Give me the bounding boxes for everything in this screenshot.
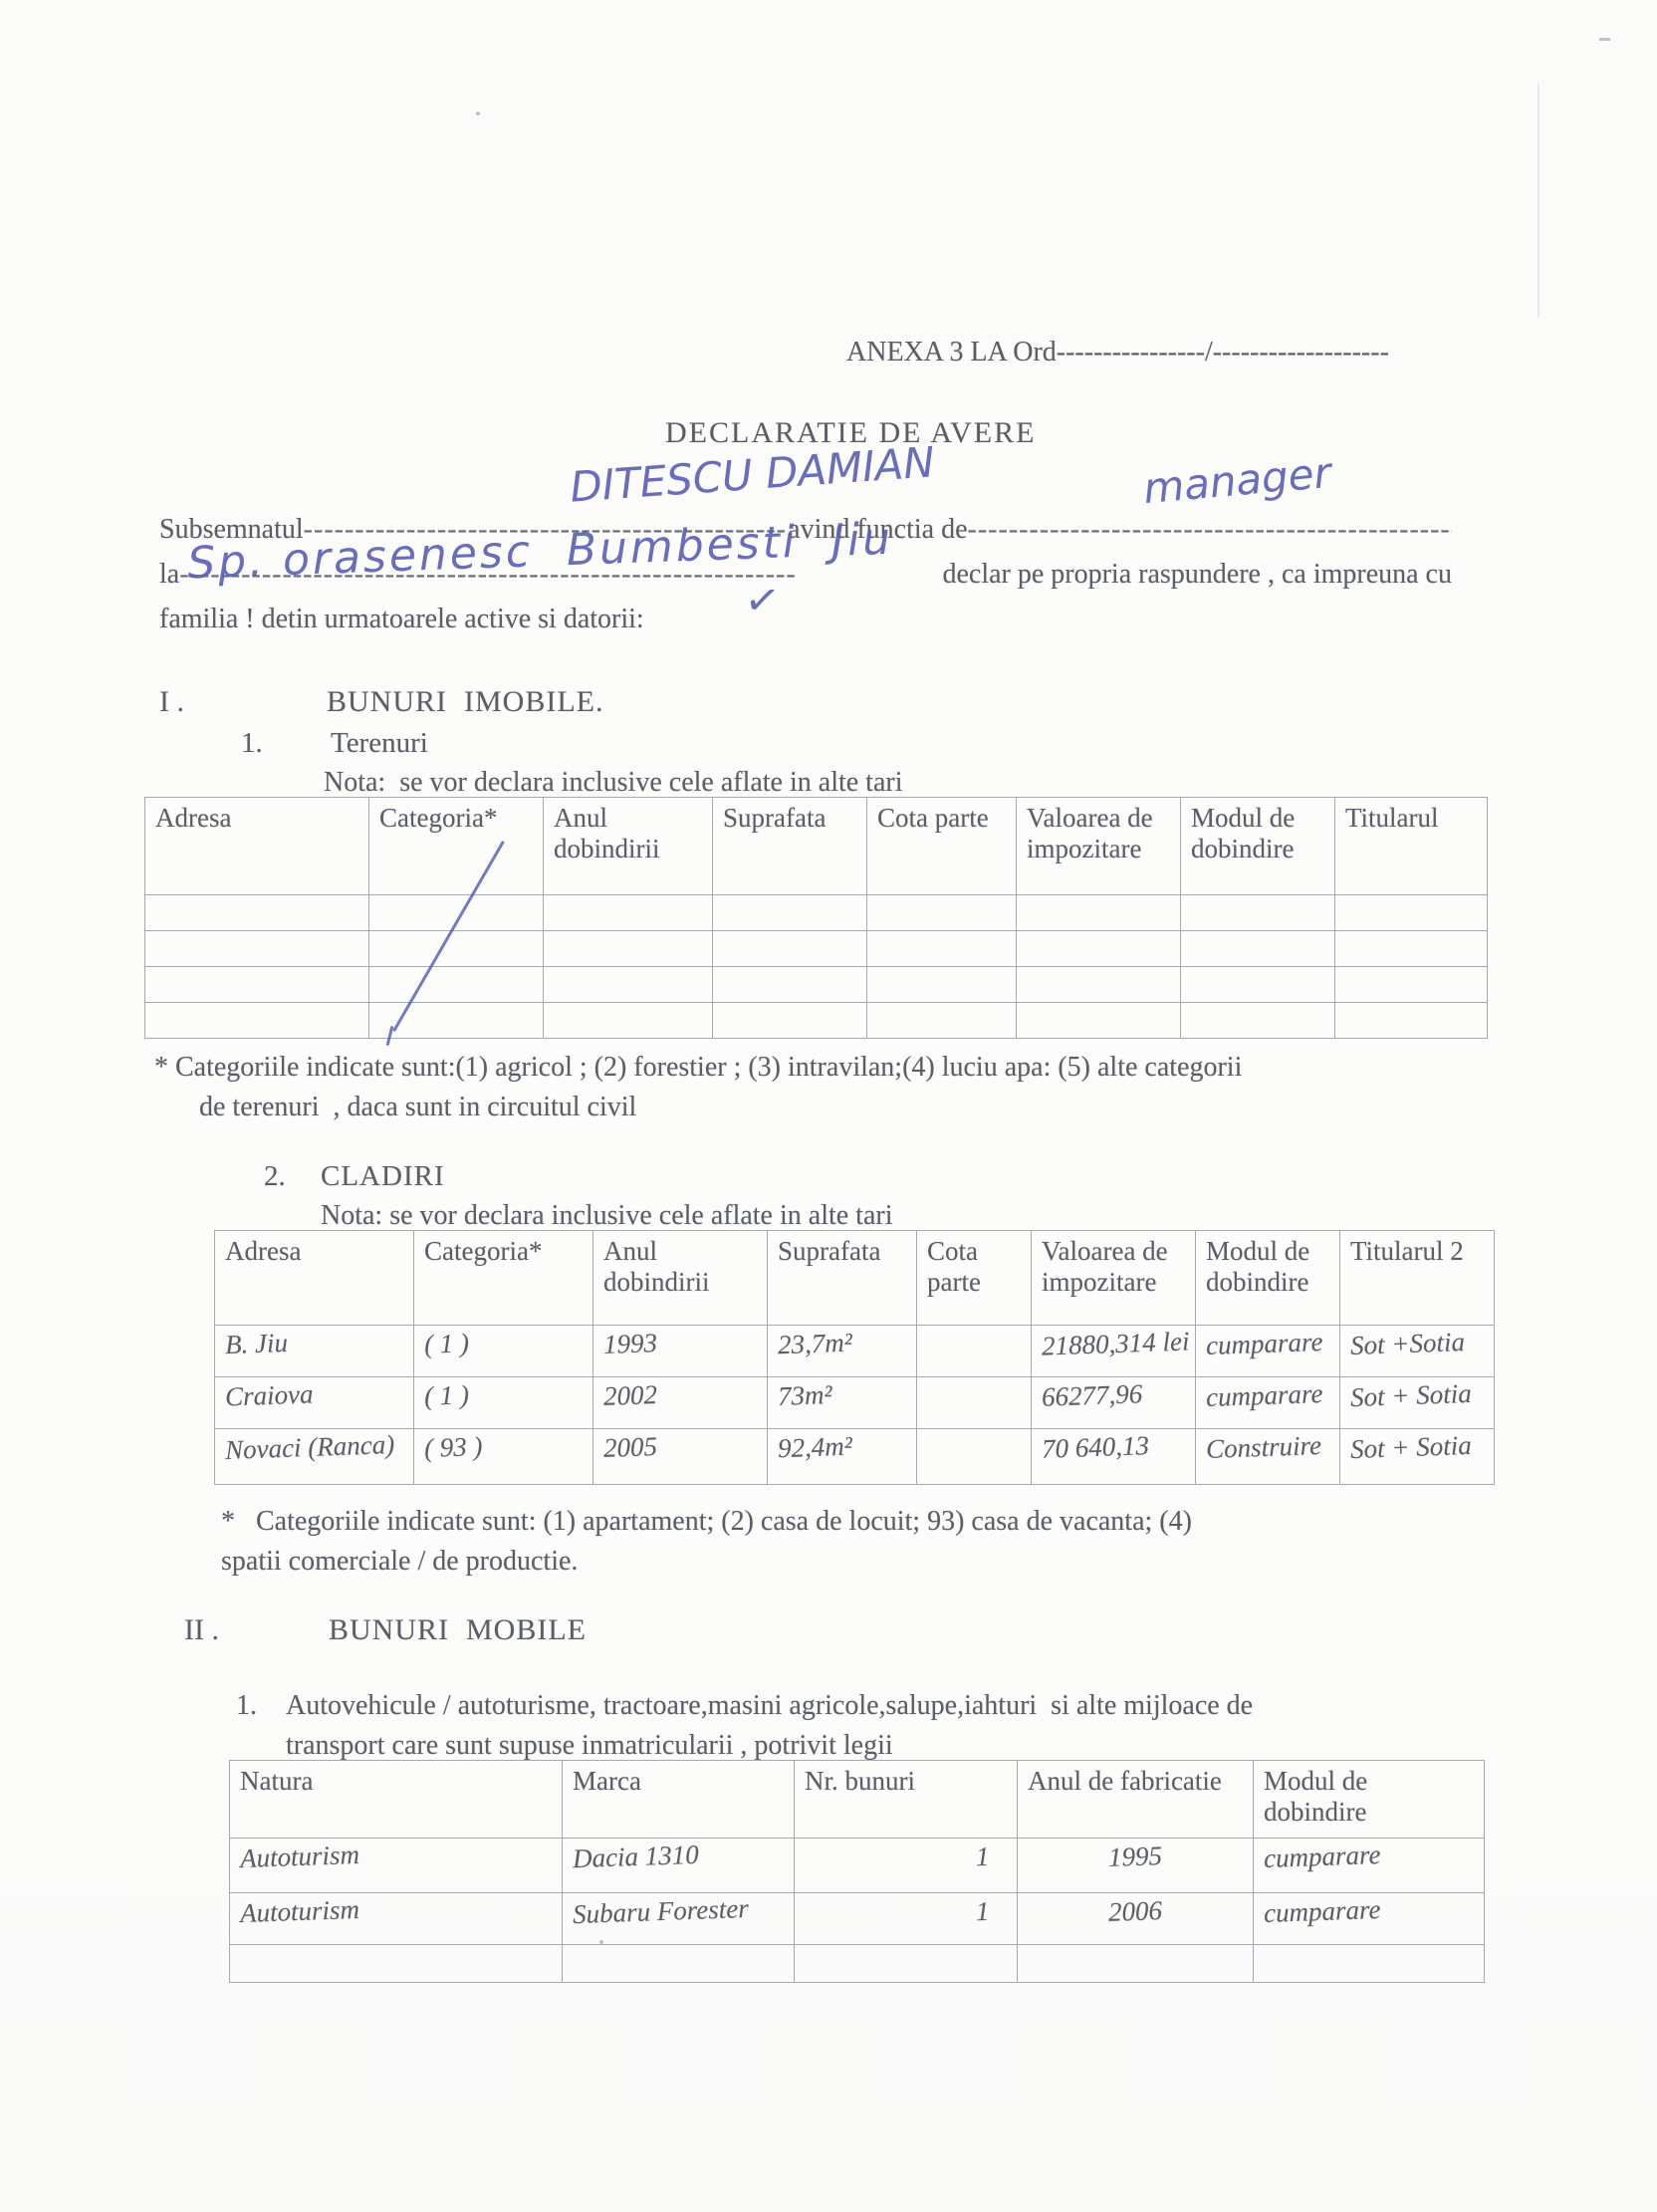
- empty-cell: [1181, 1003, 1335, 1039]
- empty-cell: [544, 895, 713, 931]
- cell-anul: 1993: [593, 1326, 768, 1377]
- column-header: Titularul: [1335, 798, 1488, 895]
- empty-cell: [145, 895, 369, 931]
- empty-cell: [1181, 895, 1335, 931]
- empty-cell: [544, 931, 713, 967]
- cell-anul: 2002: [593, 1377, 768, 1429]
- terenuri-footnote-line1: * Categoriile indicate sunt:(1) agricol …: [154, 1052, 1242, 1084]
- la-label: la: [159, 559, 179, 591]
- terenuri-footnote-line2: de terenuri , daca sunt in circuitul civ…: [199, 1092, 636, 1123]
- cell-titular: Sot +Sotia: [1340, 1326, 1495, 1377]
- empty-cell: [1181, 967, 1335, 1003]
- cell-titular: Sot + Sotia: [1340, 1377, 1495, 1429]
- cell-adresa: B. Jiu: [215, 1326, 414, 1377]
- empty-cell: [230, 1945, 563, 1983]
- cell-natura: Autoturism: [230, 1893, 563, 1945]
- cell-cota: [917, 1429, 1032, 1485]
- empty-cell: [713, 895, 867, 931]
- column-header: Suprafata: [768, 1231, 917, 1326]
- cell-adresa: Craiova: [215, 1377, 414, 1429]
- cladiri-number: 2.: [264, 1160, 286, 1193]
- empty-cell: [544, 1003, 713, 1039]
- auto-intro-line1: Autovehicule / autoturisme, tractoare,ma…: [286, 1690, 1253, 1722]
- column-header: Natura: [230, 1761, 563, 1839]
- cell-suprafata: 73m²: [768, 1377, 917, 1429]
- empty-cell: [369, 931, 544, 967]
- cell-anul: 2005: [593, 1429, 768, 1485]
- empty-cell: [867, 967, 1017, 1003]
- cell-valoarea: 70 640,13: [1032, 1429, 1196, 1485]
- empty-cell: [1335, 895, 1488, 931]
- cell-natura: Autoturism: [230, 1839, 563, 1893]
- scan-artifact: [476, 112, 480, 116]
- column-header: Categoria*: [414, 1231, 593, 1326]
- section-1-title: BUNURI IMOBILE.: [327, 685, 604, 719]
- empty-cell: [1017, 967, 1181, 1003]
- cell-nr-bunuri: 1: [795, 1839, 1018, 1893]
- empty-cell: [1335, 931, 1488, 967]
- empty-cell: [145, 967, 369, 1003]
- empty-cell: [544, 967, 713, 1003]
- table-row: Novaci (Ranca) ( 93 ) 2005 92,4m² 70 640…: [215, 1429, 1495, 1485]
- cell-modul: cumparare: [1196, 1326, 1340, 1377]
- column-header: Anul de fabricatie: [1018, 1761, 1254, 1839]
- empty-cell: [713, 1003, 867, 1039]
- cell-marca: Subaru Forester: [563, 1893, 795, 1945]
- column-header: Modul de dobindire: [1254, 1761, 1485, 1839]
- empty-cell: [1018, 1945, 1254, 1983]
- cell-adresa: Novaci (Ranca): [215, 1429, 414, 1485]
- cell-cota: [917, 1326, 1032, 1377]
- cell-categoria: ( 1 ): [414, 1377, 593, 1429]
- column-header: Cota parte: [867, 798, 1017, 895]
- table-row: B. Jiu ( 1 ) 1993 23,7m² 21880,314 lei c…: [215, 1326, 1495, 1377]
- auto-number: 1.: [236, 1690, 257, 1722]
- column-header: Nr. bunuri: [795, 1761, 1018, 1839]
- section-2-number: II .: [184, 1613, 219, 1647]
- cell-suprafata: 92,4m²: [768, 1429, 917, 1485]
- cladiri-nota: Nota: se vor declara inclusive cele afla…: [321, 1200, 893, 1232]
- cell-modul: Construire: [1196, 1429, 1340, 1485]
- autovehicule-table: Natura Marca Nr. bunuri Anul de fabricat…: [229, 1760, 1485, 1983]
- scan-artifact: [1538, 84, 1539, 318]
- empty-cell: [1254, 1945, 1485, 1983]
- cladiri-footnote-line1: * Categoriile indicate sunt: (1) apartam…: [221, 1506, 1192, 1538]
- column-header: Categoria*: [369, 798, 544, 895]
- cell-categoria: ( 93 ): [414, 1429, 593, 1485]
- cell-modul-dobindire: cumparare: [1254, 1839, 1485, 1893]
- empty-cell: [795, 1945, 1018, 1983]
- cell-anul-fabricatie: 1995: [1018, 1839, 1254, 1893]
- cell-cota: [917, 1377, 1032, 1429]
- terenuri-nota: Nota: se vor declara inclusive cele afla…: [324, 767, 903, 799]
- terenuri-table: Adresa Categoria* Anul dobindirii Supraf…: [144, 797, 1488, 1039]
- column-header: Anul dobindirii: [593, 1231, 768, 1326]
- empty-cell: [1017, 931, 1181, 967]
- empty-cell: [1017, 895, 1181, 931]
- terenuri-title: Terenuri: [331, 727, 428, 760]
- form-annex-header: ANEXA 3 LA Ord----------------/---------…: [846, 337, 1389, 369]
- empty-cell: [145, 931, 369, 967]
- column-header: Adresa: [215, 1231, 414, 1326]
- empty-cell: [713, 931, 867, 967]
- column-header: Anul dobindirii: [544, 798, 713, 895]
- column-header: Adresa: [145, 798, 369, 895]
- empty-cell: [867, 1003, 1017, 1039]
- empty-cell: [867, 895, 1017, 931]
- empty-cell: [369, 1003, 544, 1039]
- cell-anul-fabricatie: 2006: [1018, 1893, 1254, 1945]
- column-header: Modul de dobindire: [1196, 1231, 1340, 1326]
- cell-marca: Dacia 1310: [563, 1839, 795, 1893]
- empty-cell: [867, 931, 1017, 967]
- empty-cell: [563, 1945, 795, 1983]
- empty-cell: [145, 1003, 369, 1039]
- section-2-title: BUNURI MOBILE: [329, 1613, 587, 1647]
- column-header: Suprafata: [713, 798, 867, 895]
- table-row: Craiova ( 1 ) 2002 73m² 66277,96 cumpara…: [215, 1377, 1495, 1429]
- cell-valoarea: 21880,314 lei: [1032, 1326, 1196, 1377]
- column-header: Valoarea de impozitare: [1017, 798, 1181, 895]
- table-row: Autoturism Dacia 1310 1 1995 cumparare: [230, 1839, 1485, 1893]
- empty-cell: [1335, 1003, 1488, 1039]
- column-header: Cota parte: [917, 1231, 1032, 1326]
- cladiri-title: CLADIRI: [321, 1160, 445, 1193]
- cell-categoria: ( 1 ): [414, 1326, 593, 1377]
- declar-text: declar pe propria raspundere , ca impreu…: [942, 559, 1452, 591]
- table-row: [230, 1945, 1485, 1983]
- column-header: Modul de dobindire: [1181, 798, 1335, 895]
- column-header: Valoarea de impozitare: [1032, 1231, 1196, 1326]
- cladiri-table: Adresa Categoria* Anul dobindirii Supraf…: [214, 1230, 1495, 1485]
- dashed-line: ----------------------------------------…: [968, 514, 1452, 546]
- handwritten-checkmark: ✓: [742, 574, 784, 626]
- column-header: Titularul 2: [1340, 1231, 1495, 1326]
- cell-valoarea: 66277,96: [1032, 1377, 1196, 1429]
- empty-cell: [1181, 931, 1335, 967]
- empty-cell: [713, 967, 867, 1003]
- cell-titular: Sot + Sotia: [1340, 1429, 1495, 1485]
- auto-intro-line2: transport care sunt supuse inmatriculari…: [286, 1730, 893, 1762]
- table-row: Autoturism Subaru Forester 1 2006 cumpar…: [230, 1893, 1485, 1945]
- column-header: Marca: [563, 1761, 795, 1839]
- section-1-number: I .: [159, 685, 184, 719]
- empty-cell: [1335, 967, 1488, 1003]
- cell-nr-bunuri: 1: [795, 1893, 1018, 1945]
- intro-line-3: familia ! detin urmatoarele active si da…: [159, 604, 644, 635]
- empty-cell: [1017, 1003, 1181, 1039]
- cladiri-footnote-line2: spatii comerciale / de productie.: [221, 1546, 578, 1578]
- terenuri-number: 1.: [241, 727, 263, 760]
- document-page: ANEXA 3 LA Ord----------------/---------…: [0, 0, 1657, 2212]
- cell-modul-dobindire: cumparare: [1254, 1893, 1485, 1945]
- scan-artifact: [1599, 38, 1610, 41]
- cell-suprafata: 23,7m²: [768, 1326, 917, 1377]
- handwritten-function: manager: [1141, 448, 1332, 513]
- cell-modul: cumparare: [1196, 1377, 1340, 1429]
- empty-cell: [369, 967, 544, 1003]
